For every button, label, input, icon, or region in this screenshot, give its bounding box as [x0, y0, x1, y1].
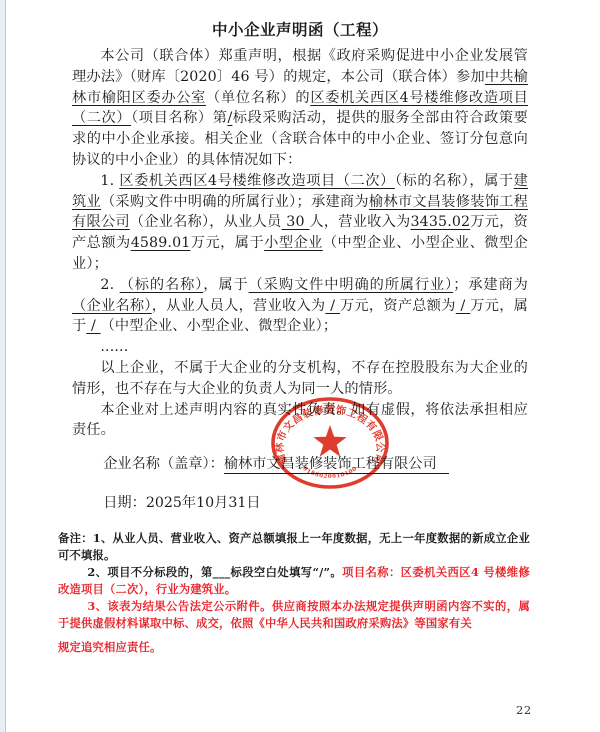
- declaration-document: 中小企业声明函（工程） 本公司（联合体）郑重声明，根据《政府采购促进中小企业发展…: [72, 20, 528, 656]
- note-4: 规定追究相应责任。: [58, 639, 530, 656]
- text-segment: 备注：1、从业人员、营业收入、资产总额填报上一年度数据，无上一年度数据的新成立企…: [58, 531, 530, 562]
- text-segment: （项目名称）第: [131, 110, 227, 126]
- note-3: 3、该表为结果公告法定公示附件。供应商按照本办法规定提供声明函内容不实的，属于提…: [58, 598, 530, 632]
- notes-section: 备注：1、从业人员、营业收入、资产总额填报上一年度数据，无上一年度数据的新成立企…: [58, 530, 530, 656]
- text-segment: ；承建商为: [453, 277, 528, 293]
- company-seal-label: 企业名称（盖章）：: [103, 456, 224, 472]
- paragraph-ellipsis: ......: [72, 337, 528, 358]
- paragraph-intro: 本公司（联合体）郑重声明，根据《政府采购促进中小企业发展管理办法》（财库〔202…: [72, 46, 528, 171]
- text-segment: 4589.01: [131, 235, 191, 251]
- text-segment: /: [86, 318, 100, 334]
- document-title: 中小企业声明函（工程）: [72, 20, 528, 39]
- text-segment: 1.: [100, 173, 119, 189]
- date-value: 2025年10月31日: [146, 495, 261, 511]
- text-segment: 万元，资产总额为: [340, 298, 456, 314]
- text-segment: 2、项目不分标段的，第___标段空白处填写“/”。: [87, 565, 342, 579]
- note-1: 备注：1、从业人员、营业收入、资产总额填报上一年度数据，无上一年度数据的新成立企…: [58, 530, 530, 564]
- text-segment: 30: [282, 214, 310, 230]
- paragraph-statement-truth: 本企业对上述声明内容的真实性负责。如有虚假，将依法承担相应责任。: [72, 400, 528, 442]
- text-segment: 万元，属于: [190, 235, 264, 251]
- company-name-value: 榆林市文昌装修装饰工程有限公司: [224, 456, 449, 474]
- paragraph-statement-branch: 以上企业，不属于大企业的分支机构，不存在控股股东为大企业的情形，也不存在与大企业…: [72, 358, 528, 400]
- text-segment: （标的名称），属于: [395, 173, 514, 189]
- text-segment: （采购文件中明确的所属行业）: [249, 277, 454, 293]
- text-segment: 本公司（联合体）郑重声明，根据《政府采购促进中小企业发展管理办法》（财库〔202…: [72, 48, 528, 85]
- text-segment: 小型企业: [264, 235, 323, 251]
- page-number: 22: [516, 703, 532, 717]
- text-segment: ，属于: [203, 277, 248, 293]
- text-segment: 以上企业，不属于大企业的分支机构，不存在控股股东为大企业的情形，也不存在与大企业…: [72, 360, 528, 397]
- text-segment: 人，营业收入为: [309, 214, 410, 230]
- text-segment: （中型企业、小型企业、微型企业）；: [101, 318, 338, 334]
- text-segment: （企业名称）: [72, 298, 152, 314]
- text-segment: 3、该表为结果公告法定公示附件。供应商按照本办法规定提供声明函内容不实的，属于提…: [58, 599, 530, 630]
- text-segment: ，从业人员人，营业收入为: [152, 298, 326, 314]
- signature-company-line: 企业名称（盖章）：榆林市文昌装修装饰工程有限公司: [72, 454, 528, 475]
- signature-date-line: 日期：2025年10月31日: [72, 493, 528, 514]
- text-segment: 规定追究相应责任。: [58, 640, 161, 654]
- note-2: 2、项目不分标段的，第___标段空白处填写“/”。项目名称：区委机关西区4 号楼…: [58, 564, 530, 598]
- text-segment: （标的名称）: [120, 277, 204, 293]
- text-segment: （企业名称），从业人员: [130, 214, 282, 230]
- text-segment: /: [456, 298, 471, 314]
- text-segment: 区委机关西区4号楼维修改造项目（二次）: [119, 173, 395, 189]
- text-segment: ......: [100, 339, 128, 355]
- page-edge-strip: [0, 0, 6, 732]
- text-segment: （单位名称）的: [206, 90, 310, 106]
- paragraph-item-1: 1. 区委机关西区4号楼维修改造项目（二次）（标的名称），属于建筑业（采购文件中…: [72, 171, 528, 275]
- text-segment: /: [325, 298, 340, 314]
- text-segment: 3435.02: [410, 214, 470, 230]
- text-segment: 2.: [100, 277, 119, 293]
- date-label: 日期：: [103, 495, 146, 511]
- paragraph-item-2: 2. （标的名称），属于（采购文件中明确的所属行业）；承建商为（企业名称），从业…: [72, 275, 528, 337]
- text-segment: 本企业对上述声明内容的真实性负责。如有虚假，将依法承担相应责任。: [72, 402, 528, 439]
- text-segment: （采购文件中明确的所属行业）；承建商为: [101, 194, 369, 210]
